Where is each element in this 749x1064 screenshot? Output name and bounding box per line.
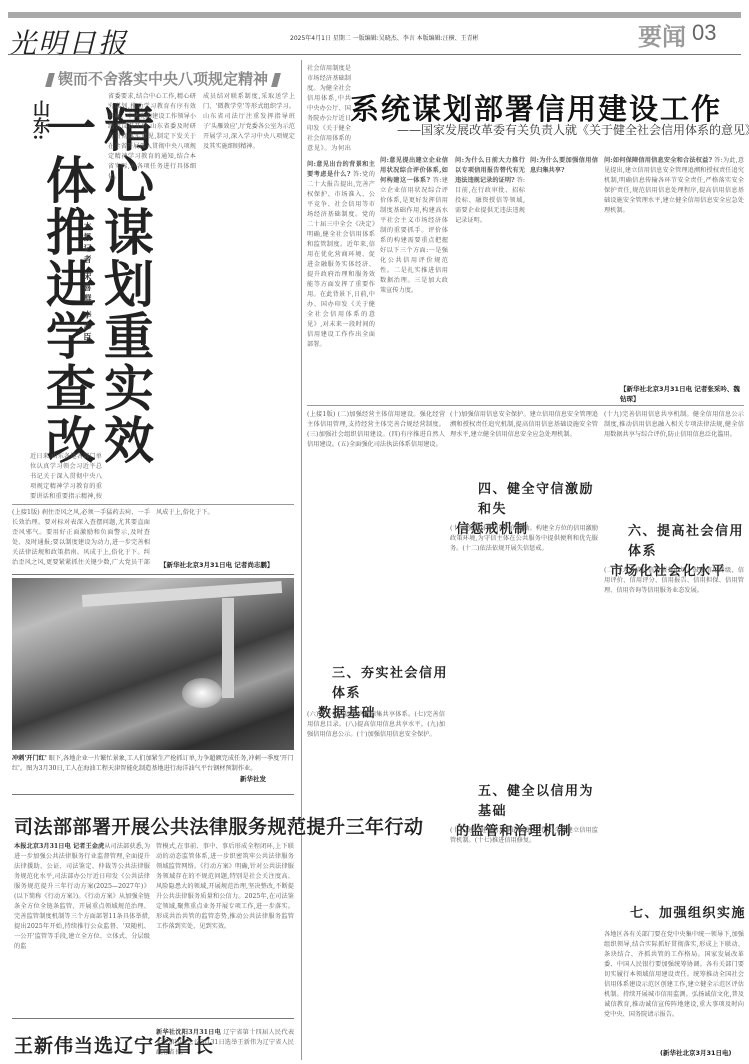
liaoning-dateline: 新华社沈阳3月31日电 <box>156 1029 221 1036</box>
date-line: 2025年4月1日 星期二 一版编辑:吴晓杰、李言 本版编辑:汪横、王青彬 <box>290 33 479 42</box>
section-rule <box>307 405 744 406</box>
credit-end-dateline: (新华社北京3月31日电) <box>660 1048 732 1057</box>
justice-body-col1: 本报北京3月31日电 记者王金虎从司法部获悉,为进一步加强公共法律服务行业监督管… <box>14 842 150 996</box>
section-name: 要闻 <box>638 17 686 52</box>
crane-leg-shape <box>222 598 234 698</box>
caption-text: 眼下,各地企业一片繁忙景象,工人们加紧生产抢抓订单,力争超额完成任务,冲刺一季度… <box>12 755 293 772</box>
caption-title: 冲刺'开门红' <box>12 755 47 762</box>
answer-4: 答:目前,在行政审批、招标投标、融资授信等领域,需要企业提供无违法违规记录证明。 <box>455 177 525 224</box>
section-rule <box>12 1018 294 1019</box>
kicker-slash-icon <box>271 73 281 87</box>
story-body-col3: 成员结对联系制度,采取送学上门、'微教学堂'等形式组织学习。山东省司法厅注重发挥… <box>203 92 295 502</box>
credit-qa-col5: 问:如何保障信用信息安全和合法权益? 答:为此,意见提出,建立信用信息安全管理追… <box>604 156 744 376</box>
welding-spark-shape <box>182 678 222 708</box>
section-rule <box>12 794 294 795</box>
story-byline: 本报记者 宋喜群 李志臣 <box>83 222 93 382</box>
section-6-body: (二十)大力培育信用服务市场。鼓励信用评级、信用评价、信用评分、信用报告、信用担… <box>604 566 744 896</box>
question-5: 问:如何保障信用信息安全和合法权益? <box>604 157 712 164</box>
crane-shape <box>82 581 282 607</box>
story-body-col2: 省委要求,结合中心工作,精心研究谋划,推动学习教育有序有效开展。中央党的建设工作… <box>108 92 196 502</box>
answer-5: 答:为此,意见提出,建立信用信息安全管理追溯和授权责任追究机制,明确信息传输各环… <box>604 157 744 214</box>
kicker-text: 锲而不舍落实中央八项规定精神 <box>58 70 268 88</box>
continued-text-col2: 风成于上,俗化于下。 <box>156 508 294 558</box>
story-kicker: 锲而不舍落实中央八项规定精神 <box>38 68 288 89</box>
section-heading-7: 七、加强组织实施 <box>630 904 749 924</box>
continued-label: (上接1版) <box>307 411 335 418</box>
section-rule <box>12 574 294 575</box>
question-4: 问:为什么日前大力推行以专项信用报告替代有无违法违规记录的证明? <box>455 157 525 184</box>
newspaper-logo: 光明日报 <box>8 22 128 62</box>
credit-qa-col3: 问:为什么日前大力推行以专项信用报告替代有无违法违规记录的证明? 答:目前,在行… <box>455 156 525 400</box>
credit-qa-col2: 问:意见提出建立企业信用状况综合评价体系,如何构建这一体系? 答:建立企业信用状… <box>380 156 448 400</box>
kicker-slash-icon <box>45 73 55 87</box>
top-bar <box>8 12 741 18</box>
continued-body: 刹住歪风之风,必须一手猛药去疴、一手长效治理。要对标对表深入查摆问题,尤其要直面… <box>12 509 150 568</box>
justice-text: 从司法部获悉,为进一步加强公共法律服务行业监督管理,全面提升法律援助、公证、司法… <box>14 843 150 950</box>
photo-caption: 冲刺'开门红' 眼下,各地企业一片繁忙景象,工人们加紧生产抢抓订单,力争超额完成… <box>12 754 294 774</box>
continued-label: (上接1版) <box>12 509 40 516</box>
story-lead: 近日来,山东各地各部门单位认真学习领会习近平总书记关于深入贯彻中央八项规定精神学… <box>30 452 102 502</box>
section-4-title: 四、健全守信激励和失 <box>456 480 606 520</box>
section-3-body: (六)建立全国信用信息归集共享体系。(七)完善信用信息目录。(八)提高信用信息共… <box>307 710 445 1060</box>
credit-intro: 社会信用制度是市场经济基础制度。为健全社会信用体系,中共中央办公厅、国务院办公厅… <box>307 64 351 154</box>
section-5-body: (十五)建立健全信用承诺制度。(十六)全面建立信用监管机制。(十七)推进信用修复… <box>450 826 598 1060</box>
credit-cont-col1: (上接1版) (二)加强经营主体信用建设。强化经营主体信用管理,支持经营主体完善… <box>307 410 445 650</box>
section-4-body: (十一)强化对守信行为的激励。构建全方位的信用激励政策环境,为守信主体在公共服务… <box>450 524 598 746</box>
continued-text: (上接1版) 刹住歪风之风,必须一手猛药去疴、一手长效治理。要对标对表深入查摆问… <box>12 508 150 568</box>
credit-cont-col3: (十九)完善信用信息共享机制。健全信用信息公示制度,推动信用信息融入相关专项法律… <box>604 410 744 510</box>
credit-qa-col1: 问:意见出台的背景和主要考虑是什么? 答:党的二十大报告提出,完善产权保护、市场… <box>307 160 375 400</box>
photo-credit: 新华社发 <box>240 774 266 783</box>
page-number: 03 <box>692 20 716 46</box>
answer-3: 答:建立企业信用状况综合评价体系,是更好发挥信用制度基础作用,构建高水平社会主义… <box>380 177 448 294</box>
justice-headline: 司法部部署开展公共法律服务规范提升三年行动 <box>14 812 294 839</box>
credit-dateline: 【新华社北京3月31日电 记者张采吟、魏钻琛】 <box>620 384 744 404</box>
credit-subheadline: ——国家发展改革委有关负责人就《关于健全社会信用体系的意见》答记者问 <box>397 121 749 138</box>
section-5-title: 五、健全以信用为基础 <box>456 782 606 822</box>
justice-body-col2: 管模式,在事前、事中、事后形成全程闭环,上下联动的动态监管体系,进一步织密筑牢公… <box>156 842 294 996</box>
credit-qa-col4: 问:为什么要加强信用信息归集共享? <box>530 156 598 400</box>
credit-cont-col2: (十)加强信用信息安全保护。建立信用信息安全管理追溯和授权责任追究机制,提高信用… <box>450 410 598 480</box>
news-photo <box>12 578 294 750</box>
column-divider <box>301 60 302 1060</box>
section-3-title: 三、夯实社会信用体系 <box>318 664 448 704</box>
section-7-body: 各地区各有关部门要在党中央集中统一领导下,加强组织领导,结合实际抓好贯彻落实,形… <box>604 930 744 1045</box>
justice-dateline: 本报北京3月31日电 记者王金虎 <box>14 843 104 850</box>
liaoning-body: 新华社沈阳3月31日电 辽宁省第十四届人民代表大会第四次会议3月31日选举王新伟… <box>156 1028 294 1060</box>
question-2: 问:为什么要加强信用信息归集共享? <box>530 157 598 174</box>
story-dateline: 【新华社北京3月31日电 记者尚志鹏】 <box>160 560 273 569</box>
section-rule <box>12 504 294 505</box>
section-6-title: 六、提高社会信用体系 <box>610 522 749 562</box>
answer-1: 答:党的二十大报告提出,完善产权保护、市场准入、公平竞争、社会信用等市场经济基础… <box>307 171 375 348</box>
header-rule <box>8 54 741 55</box>
